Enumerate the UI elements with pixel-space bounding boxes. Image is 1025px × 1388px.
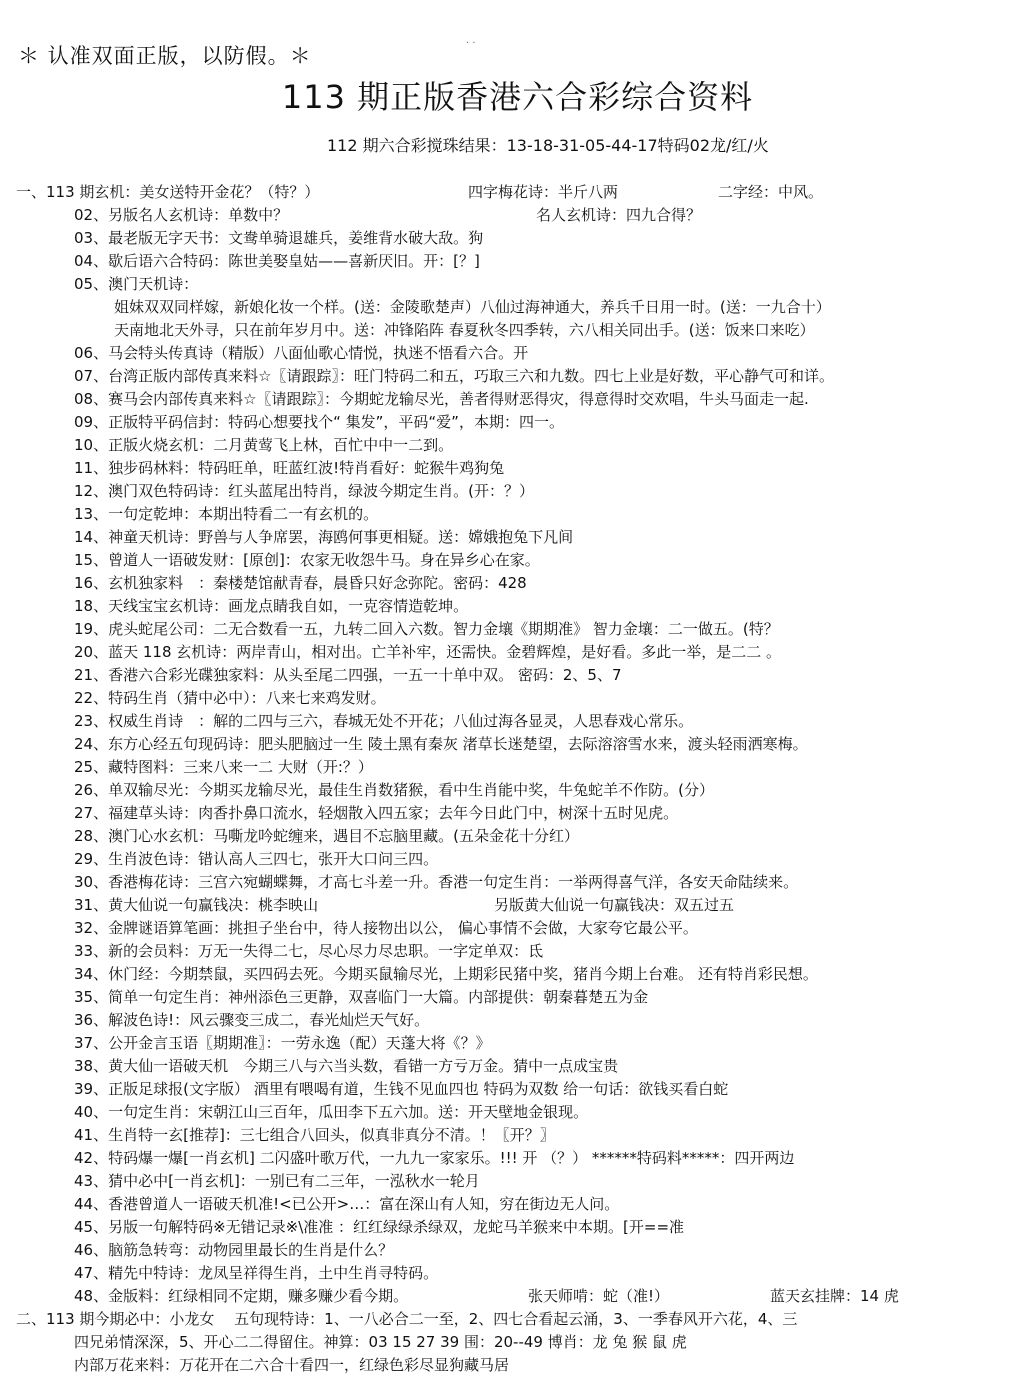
notice: ＊ 认准双面正版，以防假。＊	[18, 40, 312, 70]
item-text: 简单一句定生肖：神州添色三更静，双喜临门一大篇。内部提供：朝秦暮楚五为金	[108, 988, 648, 1006]
item-text: 神童天机诗：野兽与人争席罢，海鸥何事更相疑。送：嫦娥抱兔下凡间	[108, 528, 573, 546]
item-text: 最老版无字天书：文鸯单骑退雄兵，姜维背水破大敌。狗	[108, 229, 483, 247]
section2-row-3: 内部万花来料：万花开在二六合十看四一，红绿色彩尽显狗藏马居	[16, 1354, 1021, 1377]
list-item: 23、权威生肖诗 ：解的二四与三六，春城无处不开花；八仙过海各显灵，人思春戏心常…	[16, 710, 1021, 733]
item-col3: 蓝天玄挂牌：14 虎	[770, 1285, 899, 1308]
item-text: 东方心经五句现码诗：肥头肥脑过一生 陵土黑有秦灰 渚草长迷楚望，去际溶溶雪水来，…	[108, 735, 808, 753]
list-item: 44、香港曾道人一语破天机准!<已公开>…：富在深山有人知，穷在街边无人问。	[16, 1193, 1021, 1216]
item-text: 一句定生肖：宋朝江山三百年，瓜田李下五六加。送：开天壁地金银现。	[108, 1103, 588, 1121]
item-col2: 张天师啃：蛇（准!）	[528, 1285, 669, 1308]
item-number: 35、	[74, 988, 108, 1006]
item-number: 25、	[74, 758, 108, 776]
item-text: 金牌谜语算笔画：挑担子坐台中，待人接物出以公， 偏心事情不会做，大家夸它最公平。	[108, 919, 698, 937]
item-text: 独步码林料：特码旺单，旺蓝红波!特肖看好：蛇猴牛鸡狗兔	[108, 459, 504, 477]
item-text: 解波色诗!：风云骤变三成二，春光灿烂天气好。	[108, 1011, 429, 1029]
content-list: 一、113 期玄机：美女送特开金花？（特？） 四字梅花诗：半斤八两 二字经：中风…	[16, 181, 1021, 1377]
two-word-classic: 二字经：中风。	[718, 181, 823, 204]
list-item: 43、猜中必中[一肖玄机]：一别已有二三年，一泓秋水一轮月	[16, 1170, 1021, 1193]
item-number: 06、	[74, 344, 108, 362]
item-number: 39、	[74, 1080, 108, 1098]
item-number: 28、	[74, 827, 108, 845]
item-text: 正版足球报(文字版） 酒里有喂喝有道，生钱不见血四也 特码为双数 给一句话：欲钱…	[108, 1080, 728, 1098]
list-item: 47、精先中特诗：龙凤呈祥得生肖，土中生肖寻特码。	[16, 1262, 1021, 1285]
item-number: 45、	[74, 1218, 108, 1236]
list-item: 11、独步码林料：特码旺单，旺蓝红波!特肖看好：蛇猴牛鸡狗兔	[16, 457, 1021, 480]
list-item: 22、特码生肖（猜中必中）：八来七来鸡发财。	[16, 687, 1021, 710]
item-number: 46、	[74, 1241, 108, 1259]
item-number: 13、	[74, 505, 108, 523]
list-item: 27、福建草头诗：肉香扑鼻口流水，轻烟散入四五家；去年今日此门中，树深十五时见虎…	[16, 802, 1021, 825]
item-text: 香港六合彩光碟独家料：从头至尾二四强，一五一十单中双。 密码：2、5、7	[108, 666, 621, 684]
item-number: 14、	[74, 528, 108, 546]
item-number: 10、	[74, 436, 108, 454]
item-number: 22、	[74, 689, 108, 707]
item-number: 23、	[74, 712, 108, 730]
section2-text: 113 期今期必中：小龙女 五句现特诗：1、一八必合二一至，2、四七合看起云涌，…	[46, 1310, 797, 1328]
list-item: 36、解波色诗!：风云骤变三成二，春光灿烂天气好。	[16, 1009, 1021, 1032]
item-text: 黄大仙一语破天机 今期三八与六当头数，看错一方亏万金。猜中一点成宝贵	[108, 1057, 618, 1075]
item-number: 27、	[74, 804, 108, 822]
list-item: 姐妹双双同样嫁，新娘化妆一个样。(送：金陵歌楚声）八仙过海神通大，养兵千日用一时…	[16, 296, 1021, 319]
item-number: 31、	[74, 896, 108, 914]
item-number: 41、	[74, 1126, 108, 1144]
item-text: 权威生肖诗 ：解的二四与三六，春城无处不开花；八仙过海各显灵，人思春戏心常乐。	[108, 712, 693, 730]
item-text: 澳门心水玄机：马嘶龙吟蛇缠来，遇目不忘脑里藏。(五朵金花十分红）	[108, 827, 579, 845]
item-text: 台湾正版内部传真来料☆〖请跟踪〗：旺门特码二和五，巧取三六和九数。四七上业是好数…	[108, 367, 834, 385]
list-item: 13、一句定乾坤：本期出特看二一有玄机的。	[16, 503, 1021, 526]
list-item: 12、澳门双色特码诗：红头蓝尾出特肖，绿波今期定生肖。(开：？）	[16, 480, 1021, 503]
list-item: 48、金版料：红绿相同不定期，赚多赚少看今期。张天师啃：蛇（准!）蓝天玄挂牌：1…	[16, 1285, 1021, 1308]
list-item: 02、另版名人玄机诗：单数中？名人玄机诗：四九合得？	[16, 204, 1021, 227]
list-item: 37、公开金言玉语〖期期准〗：一劳永逸（配）天蓬大将《？》	[16, 1032, 1021, 1055]
section2-row-1: 二、113 期今期必中：小龙女 五句现特诗：1、一八必合二一至，2、四七合看起云…	[16, 1308, 1021, 1331]
item-text: 蓝天 118 玄机诗：两岸青山，相对出。亡羊补牢，还需快。金碧辉煌，是好看。多此…	[108, 643, 781, 661]
item-text: 天南地北天外寻，只在前年岁月中。送：冲锋陷阵 春夏秋冬四季转，六八相关同出手。(…	[114, 321, 815, 339]
item-text: 澳门双色特码诗：红头蓝尾出特肖，绿波今期定生肖。(开：？）	[108, 482, 534, 500]
item-text: 天线宝宝玄机诗：画龙点睛我自如，一克容情造乾坤。	[108, 597, 468, 615]
item-number: 04、	[74, 252, 108, 270]
item-text: 正版火烧玄机：二月黄莺飞上林，百忙中中一二到。	[108, 436, 453, 454]
list-item: 26、单双输尽光：今期买龙输尽光，最佳生肖数猪猴，看中生肖能中奖，牛兔蛇羊不作防…	[16, 779, 1021, 802]
item-text: 澳门天机诗：	[108, 275, 198, 293]
list-item: 39、正版足球报(文字版） 酒里有喂喝有道，生钱不见血四也 特码为双数 给一句话…	[16, 1078, 1021, 1101]
item-text: 休门经：今期禁鼠，买四码去死。今期买鼠输尽光，上期彩民猪中奖，猪肖今期上台难。 …	[108, 965, 818, 983]
list-item: 20、蓝天 118 玄机诗：两岸青山，相对出。亡羊补牢，还需快。金碧辉煌，是好看…	[16, 641, 1021, 664]
item-text: 一句定乾坤：本期出特看二一有玄机的。	[108, 505, 378, 523]
item-text: 生肖特一玄[推荐]：三七组合八回头，似真非真分不清。！〖开？〗	[108, 1126, 555, 1144]
item-number: 03、	[74, 229, 108, 247]
list-item: 34、休门经：今期禁鼠，买四码去死。今期买鼠输尽光，上期彩民猪中奖，猪肖今期上台…	[16, 963, 1021, 986]
list-item: 09、正版特平码信封：特码心想要找个“ 集发”，平码“爱”，本期：四一。	[16, 411, 1021, 434]
item-text: 另版名人玄机诗：单数中？	[108, 206, 288, 224]
list-item: 40、一句定生肖：宋朝江山三百年，瓜田李下五六加。送：开天壁地金银现。	[16, 1101, 1021, 1124]
list-item: 32、金牌谜语算笔画：挑担子坐台中，待人接物出以公， 偏心事情不会做，大家夸它最…	[16, 917, 1021, 940]
section-number: 二、	[16, 1310, 46, 1328]
list-item: 24、东方心经五句现码诗：肥头肥脑过一生 陵土黑有秦灰 渚草长迷楚望，去际溶溶雪…	[16, 733, 1021, 756]
list-item: 18、天线宝宝玄机诗：画龙点睛我自如，一克容情造乾坤。	[16, 595, 1021, 618]
item-number: 07、	[74, 367, 108, 385]
item-text: 猜中必中[一肖玄机]：一别已有二三年，一泓秋水一轮月	[108, 1172, 480, 1190]
item-number: 08、	[74, 390, 108, 408]
item-number: 11、	[74, 459, 108, 477]
item-number: 29、	[74, 850, 108, 868]
list-item: 07、台湾正版内部传真来料☆〖请跟踪〗：旺门特码二和五，巧取三六和九数。四七上业…	[16, 365, 1021, 388]
item-text: 正版特平码信封：特码心想要找个“ 集发”，平码“爱”，本期：四一。	[108, 413, 564, 431]
item-text: 另版一句解特码※无错记录※\准准 ：红红绿绿杀绿双，龙蛇马羊猴来中本期。[开==…	[108, 1218, 684, 1236]
list-item: 05、澳门天机诗：	[16, 273, 1021, 296]
section-number: 一、	[16, 183, 46, 201]
list-item: 03、最老版无字天书：文鸯单骑退雄兵，姜维背水破大敌。狗	[16, 227, 1021, 250]
item-text: 单双输尽光：今期买龙输尽光，最佳生肖数猪猴，看中生肖能中奖，牛兔蛇羊不作防。(分…	[108, 781, 714, 799]
item-number: 18、	[74, 597, 108, 615]
item-text: 玄机独家料 ：秦楼楚馆献青春，晨昏只好念弥陀。密码：428	[108, 574, 527, 592]
item-number: 42、	[74, 1149, 108, 1167]
item-text: 特码生肖（猜中必中）：八来七来鸡发财。	[108, 689, 386, 707]
list-item: 45、另版一句解特码※无错记录※\准准 ：红红绿绿杀绿双，龙蛇马羊猴来中本期。[…	[16, 1216, 1021, 1239]
item-text: 藏特图料：三来八来一二 大财（开:？）	[108, 758, 373, 776]
draw-result: 112 期六合彩搅珠结果：13-18-31-05-44-17特码02龙/红/火	[327, 133, 769, 156]
item-number: 34、	[74, 965, 108, 983]
item-text: 特码爆一爆[一肖玄机] 二闪盛叶歌万代，一九九一家家乐。!!! 开 （？） **…	[108, 1149, 794, 1167]
item-col2: 名人玄机诗：四九合得？	[536, 204, 701, 227]
item-col2: 另版黄大仙说一句赢钱决：双五过五	[494, 894, 734, 917]
list-item: 28、澳门心水玄机：马嘶龙吟蛇缠来，遇目不忘脑里藏。(五朵金花十分红）	[16, 825, 1021, 848]
list-item: 06、马会特头传真诗（精版）八面仙歌心情悦，执迷不悟看六合。开	[16, 342, 1021, 365]
list-item: 14、神童天机诗：野兽与人争席罢，海鸥何事更相疑。送：嫦娥抱兔下凡间	[16, 526, 1021, 549]
item-number: 36、	[74, 1011, 108, 1029]
item-text: 姐妹双双同样嫁，新娘化妆一个样。(送：金陵歌楚声）八仙过海神通大，养兵千日用一时…	[114, 298, 831, 316]
item-text: 精先中特诗：龙凤呈祥得生肖，土中生肖寻特码。	[108, 1264, 438, 1282]
list-item: 30、香港梅花诗：三宫六宛蝴蝶舞，才高七斗差一升。香港一句定生肖：一举两得喜气洋…	[16, 871, 1021, 894]
list-item: 21、香港六合彩光碟独家料：从头至尾二四强，一五一十单中双。 密码：2、5、7	[16, 664, 1021, 687]
item-text: 曾道人一语破发财：[原创]：农家无收怨牛马。身在异乡心在家。	[108, 551, 540, 569]
list-item: 10、正版火烧玄机：二月黄莺飞上林，百忙中中一二到。	[16, 434, 1021, 457]
item-text: 赛马会内部传真来料☆〖请跟踪〗：今期蛇龙输尽光，善者得财恶得灾，得意得时交欢唱，…	[108, 390, 809, 408]
item-number: 43、	[74, 1172, 108, 1190]
item-number: 48、	[74, 1287, 108, 1305]
item-text: 公开金言玉语〖期期准〗：一劳永逸（配）天蓬大将《？》	[108, 1034, 491, 1052]
list-item: 46、脑筋急转弯：动物园里最长的生肖是什么？	[16, 1239, 1021, 1262]
list-item: 19、虎头蛇尾公司：二无合数看一五，九转二回入六数。智力金壤《期期准》 智力金壤…	[16, 618, 1021, 641]
item-number: 32、	[74, 919, 108, 937]
item-number: 19、	[74, 620, 108, 638]
item-number: 24、	[74, 735, 108, 753]
item-text: 脑筋急转弯：动物园里最长的生肖是什么？	[108, 1241, 393, 1259]
list-item: 16、玄机独家料 ：秦楼楚馆献青春，晨昏只好念弥陀。密码：428	[16, 572, 1021, 595]
list-item: 04、歇后语六合特码：陈世美娶皇姑——喜新厌旧。开：[？]	[16, 250, 1021, 273]
item-number: 02、	[74, 206, 108, 224]
section1-first-row: 一、113 期玄机：美女送特开金花？（特？） 四字梅花诗：半斤八两 二字经：中风…	[16, 181, 1021, 204]
item-number: 47、	[74, 1264, 108, 1282]
item-number: 15、	[74, 551, 108, 569]
item-text: 黄大仙说一句赢钱决：桃李映山	[108, 896, 318, 914]
item-number: 44、	[74, 1195, 108, 1213]
item-number: 05、	[74, 275, 108, 293]
item-text: 虎头蛇尾公司：二无合数看一五，九转二回入六数。智力金壤《期期准》 智力金壤：二一…	[108, 620, 779, 638]
plum-poem: 四字梅花诗：半斤八两	[468, 181, 618, 204]
item-number: 26、	[74, 781, 108, 799]
list-item: 31、黄大仙说一句赢钱决：桃李映山另版黄大仙说一句赢钱决：双五过五	[16, 894, 1021, 917]
list-item: 08、赛马会内部传真来料☆〖请跟踪〗：今期蛇龙输尽光，善者得财恶得灾，得意得时交…	[16, 388, 1021, 411]
list-item: 33、新的会员料：万无一失得二七，尽心尽力尽忠职。一字定单双：氐	[16, 940, 1021, 963]
item-text: 生肖波色诗：错认高人三四七，张开大口问三四。	[108, 850, 438, 868]
item-number: 16、	[74, 574, 108, 592]
item-text: 新的会员料：万无一失得二七，尽心尽力尽忠职。一字定单双：氐	[108, 942, 543, 960]
item-text: 福建草头诗：肉香扑鼻口流水，轻烟散入四五家；去年今日此门中，树深十五时见虎。	[108, 804, 678, 822]
list-item: 42、特码爆一爆[一肖玄机] 二闪盛叶歌万代，一九九一家家乐。!!! 开 （？）…	[16, 1147, 1021, 1170]
list-item: 29、生肖波色诗：错认高人三四七，张开大口问三四。	[16, 848, 1021, 871]
list-item: 15、曾道人一语破发财：[原创]：农家无收怨牛马。身在异乡心在家。	[16, 549, 1021, 572]
list-item: 35、简单一句定生肖：神州添色三更静，双喜临门一大篇。内部提供：朝秦暮楚五为金	[16, 986, 1021, 1009]
item-number: 40、	[74, 1103, 108, 1121]
list-item: 41、生肖特一玄[推荐]：三七组合八回头，似真非真分不清。！〖开？〗	[16, 1124, 1021, 1147]
item-number: 30、	[74, 873, 108, 891]
item-text: 歇后语六合特码：陈世美娶皇姑——喜新厌旧。开：[？]	[108, 252, 480, 270]
list-item: 天南地北天外寻，只在前年岁月中。送：冲锋陷阵 春夏秋冬四季转，六八相关同出手。(…	[16, 319, 1021, 342]
item-text: 金版料：红绿相同不定期，赚多赚少看今期。	[108, 1287, 408, 1305]
item-number: 09、	[74, 413, 108, 431]
riddle-text: 113 期玄机：美女送特开金花？（特？）	[46, 183, 319, 201]
page-title: 113 期正版香港六合彩综合资料	[0, 72, 1025, 118]
item-number: 20、	[74, 643, 108, 661]
section2-row-2: 四兄弟情深深，5、开心二二得留住。神算：03 15 27 39 围：20--49…	[16, 1331, 1021, 1354]
item-number: 12、	[74, 482, 108, 500]
list-item: 25、藏特图料：三来八来一二 大财（开:？）	[16, 756, 1021, 779]
decorative-dots: · ·	[466, 38, 476, 49]
item-text: 马会特头传真诗（精版）八面仙歌心情悦，执迷不悟看六合。开	[108, 344, 528, 362]
item-number: 37、	[74, 1034, 108, 1052]
item-number: 33、	[74, 942, 108, 960]
item-number: 21、	[74, 666, 108, 684]
list-item: 38、黄大仙一语破天机 今期三八与六当头数，看错一方亏万金。猜中一点成宝贵	[16, 1055, 1021, 1078]
item-number: 38、	[74, 1057, 108, 1075]
item-text: 香港曾道人一语破天机准!<已公开>…：富在深山有人知，穷在街边无人问。	[108, 1195, 619, 1213]
item-text: 香港梅花诗：三宫六宛蝴蝶舞，才高七斗差一升。香港一句定生肖：一举两得喜气洋，各安…	[108, 873, 798, 891]
